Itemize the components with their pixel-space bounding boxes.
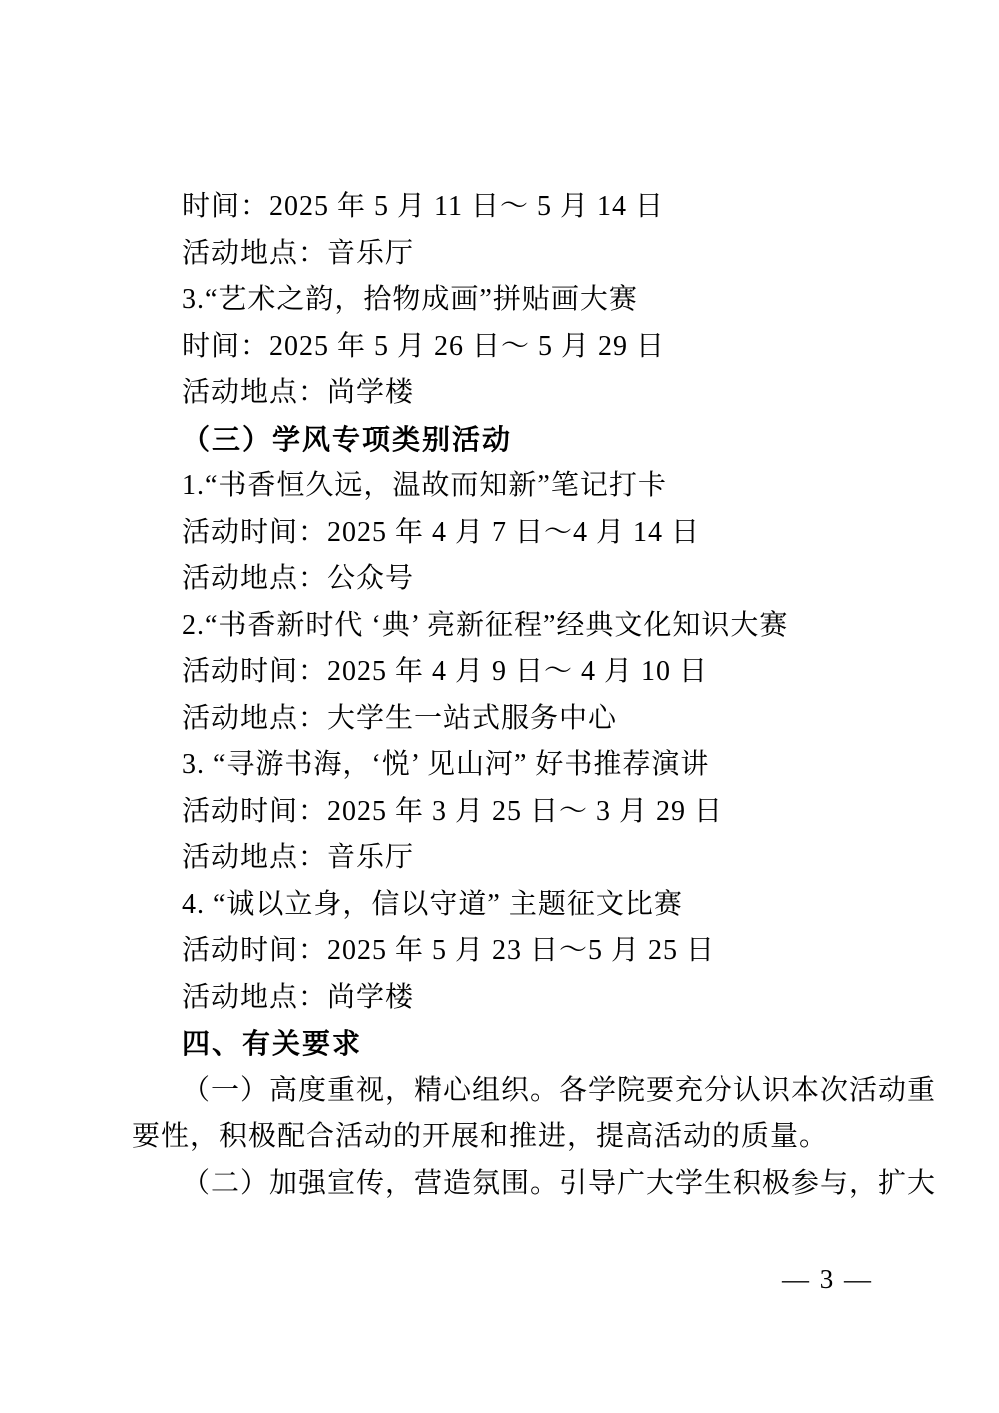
requirement-2-line-1: （二）加强宣传，营造氛围。引导广大学生积极参与，扩大 xyxy=(132,1161,874,1208)
requirement-1-line-2: 要性，积极配合活动的开展和推进，提高活动的质量。 xyxy=(132,1114,874,1161)
activity-time: 时间：2025 年 5 月 11 日～ 5 月 14 日 xyxy=(132,184,874,231)
activity-location: 活动地点：音乐厅 xyxy=(132,231,874,278)
activity-time: 活动时间：2025 年 5 月 23 日～5 月 25 日 xyxy=(132,928,874,975)
activity-title-note-checkin: 1.“书香恒久远，温故而知新”笔记打卡 xyxy=(132,463,874,510)
section-heading-requirements: 四、有关要求 xyxy=(132,1021,874,1068)
activity-time: 活动时间：2025 年 4 月 9 日～ 4 月 10 日 xyxy=(132,649,874,696)
activity-title-collage-contest: 3.“艺术之韵，拾物成画”拼贴画大赛 xyxy=(132,277,874,324)
activity-title-classic-culture-quiz: 2.“书香新时代 ‘典’ 亮新征程”经典文化知识大赛 xyxy=(132,603,874,650)
activity-time: 活动时间：2025 年 4 月 7 日～4 月 14 日 xyxy=(132,510,874,557)
activity-location: 活动地点：大学生一站式服务中心 xyxy=(132,696,874,743)
activity-time: 活动时间：2025 年 3 月 25 日～ 3 月 29 日 xyxy=(132,789,874,836)
activity-time: 时间：2025 年 5 月 26 日～ 5 月 29 日 xyxy=(132,324,874,371)
activity-title-book-recommendation-speech: 3. “寻游书海，‘悦’ 见山河” 好书推荐演讲 xyxy=(132,742,874,789)
page-number: — 3 — xyxy=(782,1264,873,1294)
activity-location: 活动地点：音乐厅 xyxy=(132,835,874,882)
document-body: 时间：2025 年 5 月 11 日～ 5 月 14 日 活动地点：音乐厅 3.… xyxy=(132,184,874,1207)
activity-location: 活动地点：尚学楼 xyxy=(132,370,874,417)
activity-title-essay-contest: 4. “诚以立身，信以守道” 主题征文比赛 xyxy=(132,882,874,929)
requirement-1-line-1: （一）高度重视，精心组织。各学院要充分认识本次活动重 xyxy=(132,1068,874,1115)
activity-location: 活动地点：公众号 xyxy=(132,556,874,603)
document-page: 时间：2025 年 5 月 11 日～ 5 月 14 日 活动地点：音乐厅 3.… xyxy=(0,0,999,1413)
page-footer: — 3 — xyxy=(782,1264,873,1294)
activity-location: 活动地点：尚学楼 xyxy=(132,975,874,1022)
section-heading-study-style: （三）学风专项类别活动 xyxy=(132,417,874,464)
